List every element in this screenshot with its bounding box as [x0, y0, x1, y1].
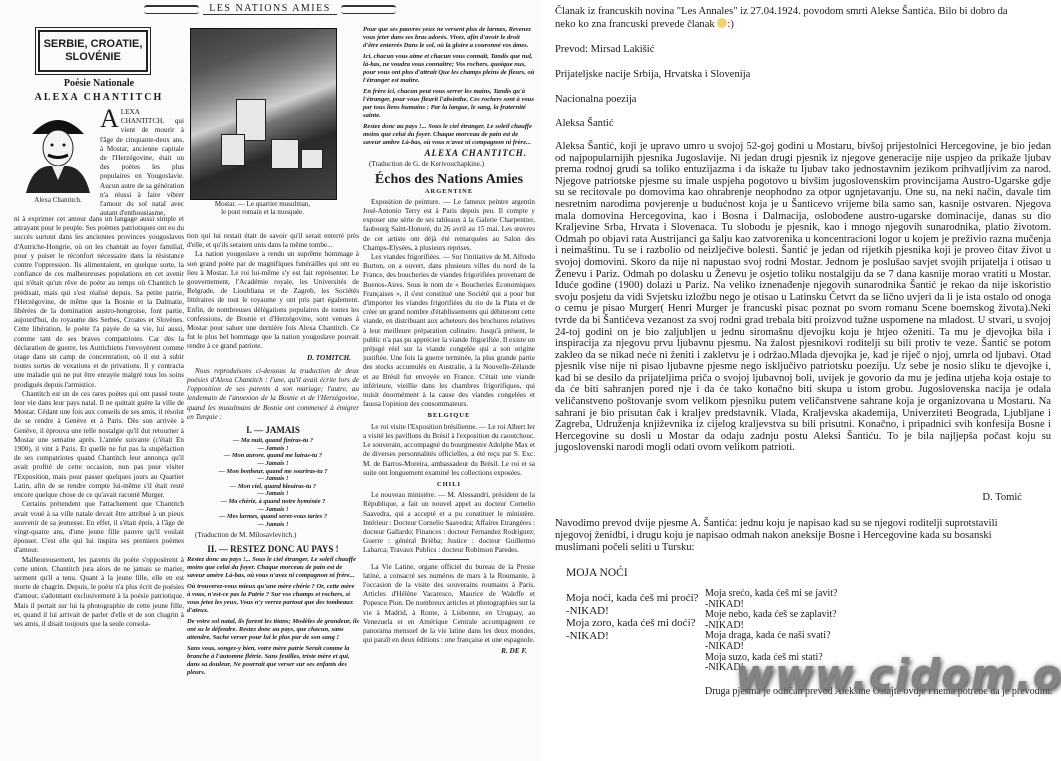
newspaper-box-title: SERBIE, CROATIE, SLOVÉNIE	[38, 30, 148, 72]
watermark-logo: www.cidom.org	[735, 650, 1061, 699]
argentine-paragraph: Exposition de peinture. — Le fameux pein…	[363, 198, 535, 253]
dropcap: A	[100, 108, 119, 130]
poem-line: — Jamais !	[187, 490, 359, 498]
portrait-caption: Alexa Chantitch.	[18, 196, 98, 204]
box-title-line-1: SERBIE, CROATIE,	[40, 38, 146, 51]
poem-stanza: En frère ici, chacun peut vous serrer le…	[363, 88, 535, 120]
col1-paragraph: Chantitch est un de ces rares poètes qui…	[14, 390, 184, 500]
translator-credit: Prevod: Mirsad Lakišić	[555, 44, 654, 55]
poem-line: Moja srećo, kada ćeš mi se javit?	[705, 589, 837, 600]
col1-paragraph: Malheureusement, les parents du poète s'…	[14, 556, 184, 630]
poem-line: — Ma chérie, à quand notre hyménée ?	[187, 498, 359, 506]
poem-line: -NIKAD!	[566, 605, 699, 618]
poem-stanza: Restez donc au pays !... Sous le ciel ét…	[363, 123, 535, 147]
final-signature: R. DE F.	[363, 647, 527, 656]
poem-line: — Jamais !	[187, 506, 359, 514]
lead-text: Članak iz francuskih novina "Les Annales…	[555, 6, 1008, 30]
col1-paragraph: Certains prétendent que l'attachement qu…	[14, 500, 184, 555]
poem1-title: I. — JAMAIS	[187, 426, 359, 435]
poem-stanza: Ici, chacun vous aime et chacun vous con…	[363, 53, 535, 85]
poems-intro: Navodimo prevod dvije pjesme A. Šantića:…	[555, 518, 1025, 554]
intro-paragraph: A LEXA CHANTITCH, qui vient de mourir à …	[100, 108, 184, 218]
poem-line: — Mon bonheur, quand me souriras-tu ?	[187, 468, 359, 476]
poem2-title: II. — RESTEZ DONC AU PAYS !	[187, 545, 359, 554]
poem-line: — Ma nuit, quand finiras-tu ?	[187, 437, 359, 445]
poem-line: — Mon ciel, quand bleuiras-tu ?	[187, 483, 359, 491]
poem-title: MOJA NOĆI	[566, 568, 628, 579]
col2-paragraph: tion qui lui restait était de savoir qu'…	[187, 232, 359, 250]
vie-latine-paragraph: La Vie Latine, organe officiel du bureau…	[363, 563, 535, 646]
lead-tail: :)	[727, 19, 733, 30]
poem-line: -NIKAD!	[566, 630, 699, 643]
poem-stanza: Sans vous, songez-y bien, votre mère pat…	[187, 645, 359, 677]
poem-line: — Jamais !	[187, 475, 359, 483]
smiley-icon	[717, 18, 727, 28]
chili-paragraph: Le nouveau ministère. — M. Alessandri, p…	[363, 491, 535, 555]
poem-line: — Mon aurore, quand me luiras-tu ?	[187, 452, 359, 460]
newspaper-scan: LES NATIONS AMIES SERBIE, CROATIE, SLOVÉ…	[0, 0, 540, 761]
newspaper-header: LES NATIONS AMIES	[0, 0, 540, 22]
country-heading-argentine: ARGENTINE	[363, 187, 535, 196]
article-lead: Članak iz francuskih novina "Les Annales…	[555, 5, 1025, 31]
newspaper-column-3: Pour que ses pauvres yeux ne versent plu…	[363, 26, 535, 659]
col2-signature: D. TOMITCH.	[187, 354, 351, 363]
newspaper-author: ALEXA CHANTITCH	[14, 92, 184, 103]
poem-line: Moja zoro, kada ćeš mi doći?	[566, 617, 699, 630]
box-title-line-2: SLOVÉNIE	[40, 51, 146, 64]
poem-line: Moja noći, kada ćeš mi proći?	[566, 592, 699, 605]
poem-stanza: Où trouverez-vous mieux qu'une mère chér…	[187, 583, 359, 615]
poem-line: — Jamais !	[187, 460, 359, 468]
newspaper-header-title: LES NATIONS AMIES	[203, 3, 337, 15]
col3-poem: Pour que ses pauvres yeux ne versent plu…	[363, 26, 535, 147]
poem-line: — Mes larmes, quand serez-vous taries ?	[187, 513, 359, 521]
poem-line: — Jamais !	[187, 521, 359, 529]
picture-caption-line-2: le pont romain et la mosquée.	[190, 208, 335, 216]
col1-paragraph: ni à exprimer cet amour dans un langage …	[14, 215, 184, 390]
article-body: Aleksa Šantić, koji je upravo umro u svo…	[555, 141, 1051, 454]
poem-stanza: Restez donc au pays !... Sous le ciel ét…	[187, 556, 359, 580]
col3-translator: (Traduction de G. de Kerivouchapkine.)	[369, 160, 535, 169]
poem1-translator: (Traduction de M. Milosavlevitch.)	[195, 531, 359, 540]
mostar-illustration	[190, 28, 337, 200]
argentine-paragraph: Les viandes frigorifiées. — Sur l'initia…	[363, 253, 535, 409]
col2-note: Nous reproduisons ci-dessous la traducti…	[187, 367, 359, 422]
divider	[429, 559, 469, 560]
newspaper-column-2: tion qui lui restait était de savoir qu'…	[187, 232, 359, 677]
belgique-paragraph: Le roi visite l'Exposition brésilienne. …	[363, 423, 535, 478]
echos-title: Échos des Nations Amies	[363, 175, 535, 184]
poem-stanza: De votre sol natal, ils furent les titan…	[187, 618, 359, 642]
newspaper-section-title: Poésie Nationale	[14, 78, 184, 89]
ornament-right-icon	[341, 5, 396, 14]
poem2-stanzas: Restez donc au pays !... Sous le ciel ét…	[187, 556, 359, 677]
poem-line: — Jamais !	[187, 445, 359, 453]
article-title: Prijateljske nacije Srbija, Hrvatska i S…	[555, 69, 750, 80]
picture-caption: Mostar. — Le quartier musulman, le pont …	[190, 200, 335, 216]
article-signature: D. Tomić	[555, 492, 1022, 503]
ornament-left-icon	[144, 5, 199, 14]
country-heading-chili: CHILI	[363, 480, 535, 489]
poem-stanza: Pour que ses pauvres yeux ne versent plu…	[363, 26, 535, 50]
col2-paragraph: La nation yougoslave a rendu un suprême …	[187, 250, 359, 351]
picture-caption-line-1: Mostar. — Le quartier musulman,	[190, 200, 335, 208]
article-subtitle: Nacionalna poezija	[555, 94, 636, 105]
article-author: Aleksa Šantić	[555, 118, 614, 129]
col3-author: ALEXA CHANTITCH.	[363, 149, 527, 158]
poem-left-column: Moja noći, kada ćeš mi proći? -NIKAD! Mo…	[566, 592, 699, 642]
country-heading-belgique: BELGIQUE	[363, 411, 535, 420]
poem1-lines: — Ma nuit, quand finiras-tu ? — Jamais !…	[187, 437, 359, 528]
portrait-illustration-icon	[18, 108, 98, 193]
newspaper-column-1: ni à exprimer cet amour dans un langage …	[14, 215, 184, 629]
